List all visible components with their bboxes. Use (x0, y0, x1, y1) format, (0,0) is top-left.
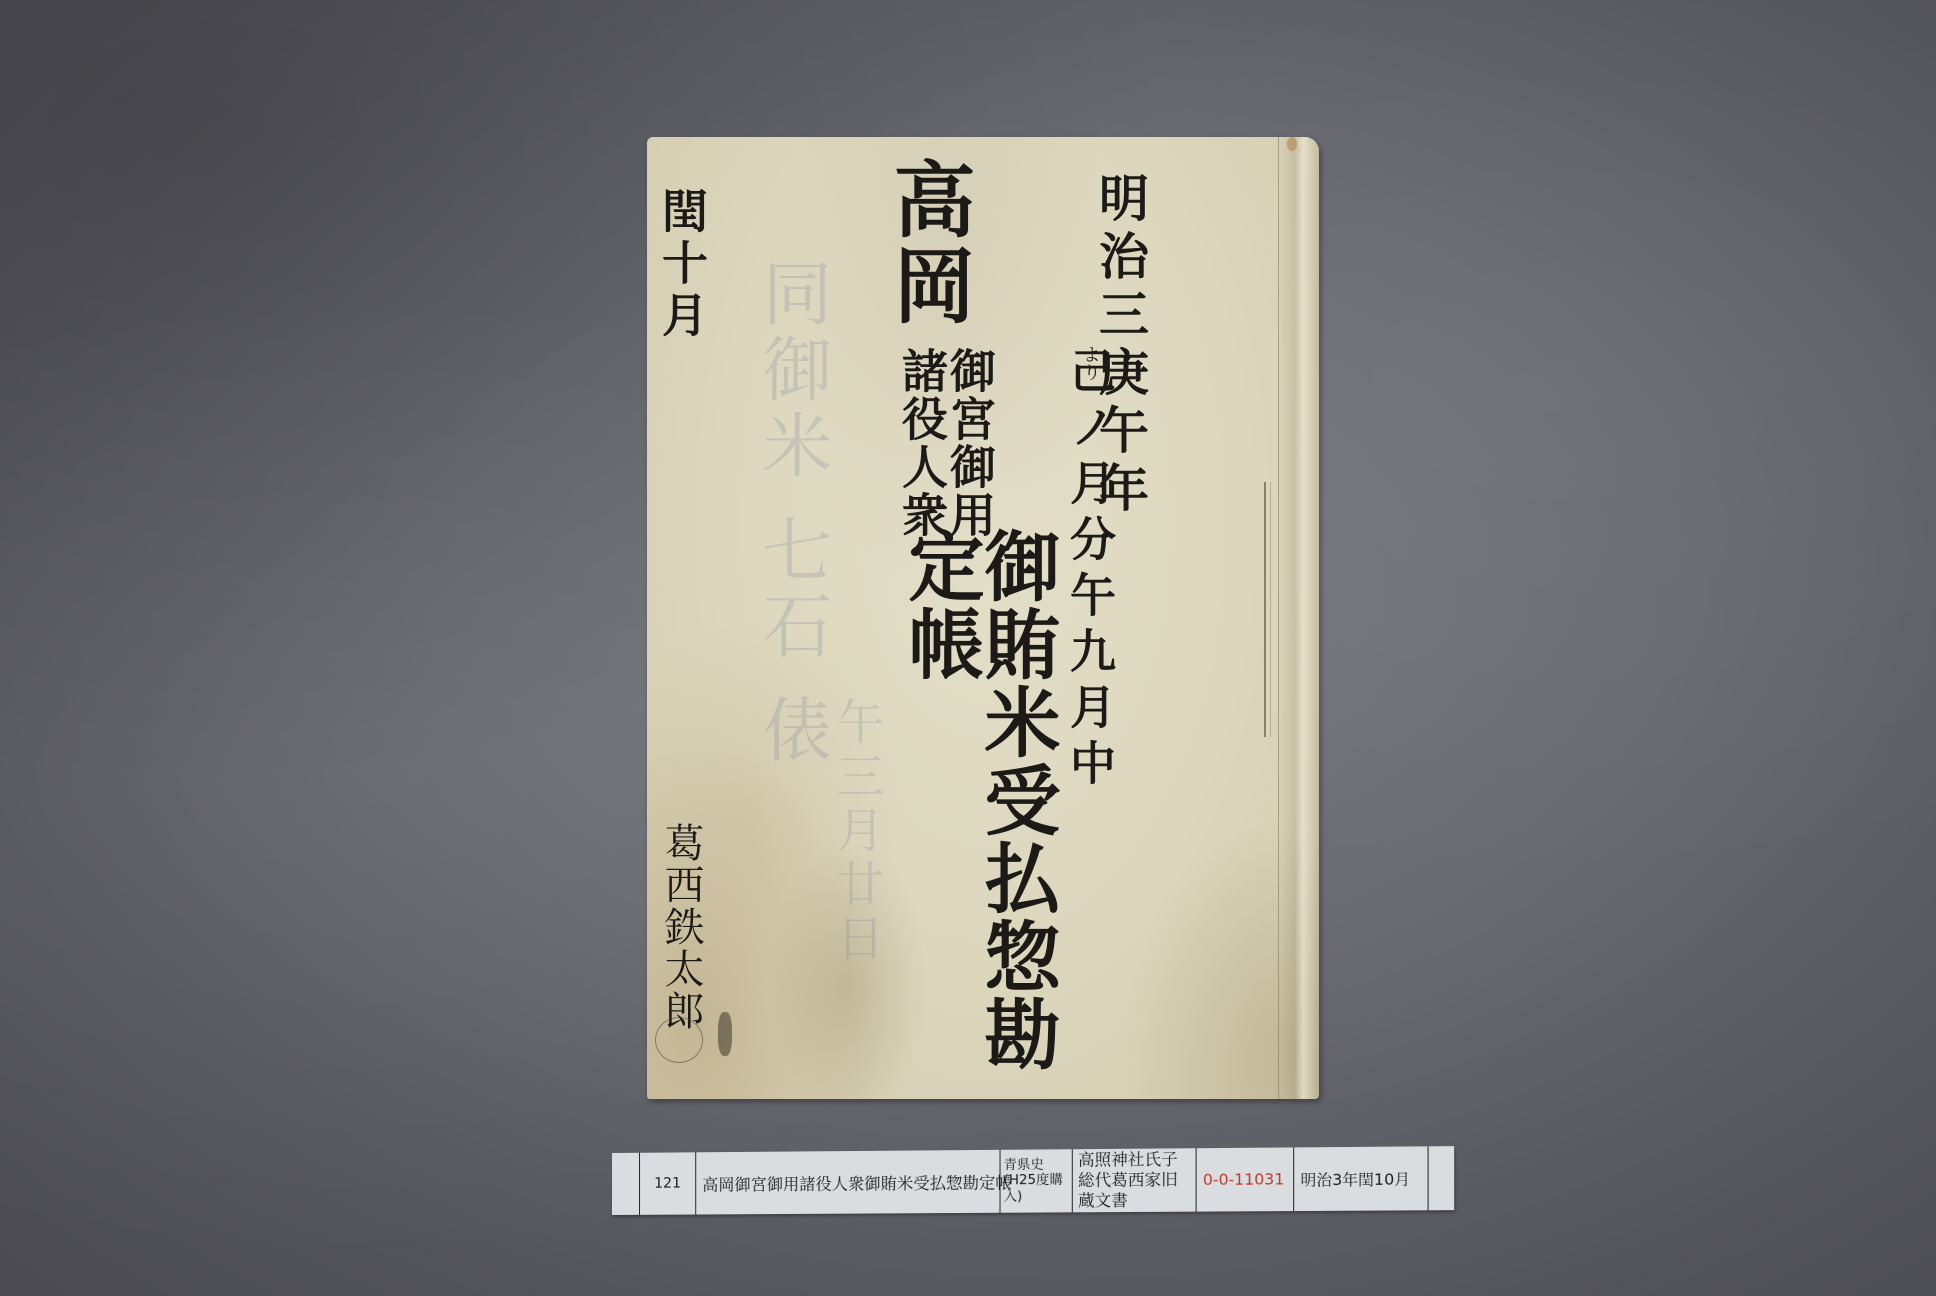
manuscript-cover: 同御米 七石 俵 午三月廿日 明治三庚午年 より 己ノ月分午九月中 高岡 御宮御… (647, 137, 1319, 1099)
ghost-text-left: 同御米 七石 俵 (742, 257, 843, 770)
signature: 葛西鉄太郎 (661, 822, 701, 1032)
ink-smudge (718, 1012, 732, 1056)
binding-mark (1264, 482, 1271, 737)
label-title: 高岡御宮御用諸役人衆御賄米受払惣勘定帳 (696, 1150, 1000, 1215)
catalog-label-strip: 121 高岡御宮御用諸役人衆御賄米受払惣勘定帳 青県史(H25度購入) 高照神社… (612, 1146, 1454, 1215)
label-origin: 高照神社氏子総代葛西家旧蔵文書 (1073, 1148, 1197, 1212)
corner-stain (1287, 137, 1297, 151)
seal-outline (655, 1017, 703, 1063)
label-source: 青県史(H25度購入) (1001, 1149, 1073, 1213)
date-column-sub: 己ノ月分午九月中 (1067, 347, 1113, 795)
paper-folded-edge (1278, 137, 1319, 1099)
title-small-right: 御宮御用 (947, 347, 993, 539)
label-item-number: 121 (640, 1152, 696, 1215)
label-cell-blank-left (612, 1153, 640, 1215)
ghost-text-right: 午三月廿日 (822, 697, 891, 967)
label-date: 明治3年閏10月 (1294, 1146, 1428, 1211)
title-lower: 御賄米受払惣勘定帳 (902, 527, 1054, 1099)
title-main: 高岡 (887, 157, 969, 329)
label-catalog-code: 0-0-11031 (1197, 1147, 1295, 1211)
label-cell-blank-right (1429, 1146, 1455, 1210)
title-small-left: 諸役人衆 (899, 347, 945, 539)
month-column: 閏十月 (659, 187, 705, 343)
